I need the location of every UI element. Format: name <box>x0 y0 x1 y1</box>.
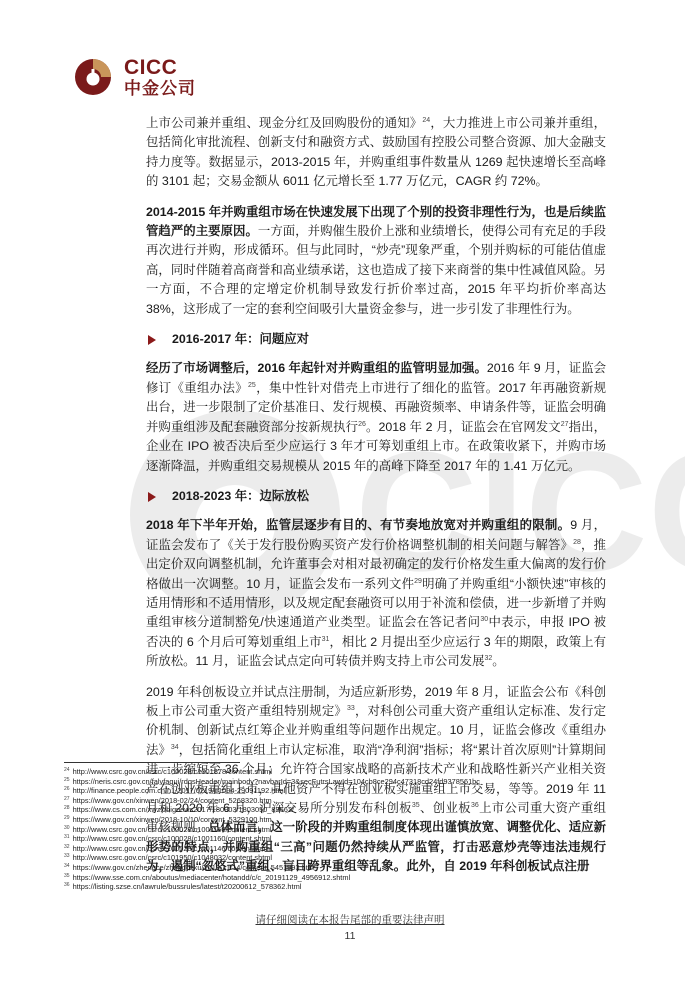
footnote-divider <box>64 762 240 763</box>
page-number: 11 <box>0 930 700 942</box>
footnote-ref[interactable]: 25 <box>248 382 256 389</box>
paragraph-marginal-easing: 2018 年下半年开始，监管层逐步有目的、有节奏地放宽对并购重组的限制。9 月，… <box>146 516 606 671</box>
footnote-item: 26http://finance.people.com.cn/n1/2017/0… <box>64 786 480 796</box>
footnote-ref[interactable]: 28 <box>573 539 581 546</box>
footnote-link[interactable]: https://listing.szse.cn/lawrule/bussrule… <box>73 882 302 891</box>
footnote-ref[interactable]: 33 <box>347 705 355 712</box>
footnote-item: 29https://www.gov.cn/xinwen/2018-10/10/c… <box>64 815 480 825</box>
paragraph-mna-growth: 上市公司兼并重组、现金分红及回购股份的通知》24，大力推进上市公司兼并重组，包括… <box>146 114 606 192</box>
footnote-item: 30http://www.csrc.gov.cn/csrc/c100028/c1… <box>64 825 480 835</box>
footnote-item: 24http://www.csrc.gov.cn/csrc/c100028/c1… <box>64 767 480 777</box>
footnote-link[interactable]: http://www.csrc.gov.cn/csrc/c100028/c100… <box>73 834 272 843</box>
footnote-link[interactable]: https://www.gov.cn/zhengce/zhengceku/201… <box>73 863 314 872</box>
triangle-bullet-icon <box>148 492 156 502</box>
footnote-item: 33http://www.csrc.gov.cn/csrc/c101950/c1… <box>64 853 480 863</box>
footnote-link[interactable]: https://www.gov.cn/xinwen/2018-02/24/con… <box>73 796 272 805</box>
legal-disclaimer-link[interactable]: 请仔细阅读在本报告尾部的重要法律声明 <box>0 912 700 927</box>
paragraph-irrational-behavior: 2014-2015 年并购重组市场在快速发展下出现了个别的投资非理性行为，也是后… <box>146 203 606 319</box>
footnote-link[interactable]: http://www.csrc.gov.cn/csrc/c100028/c100… <box>73 825 272 834</box>
footnote-ref[interactable]: 26 <box>358 421 366 428</box>
footnote-link[interactable]: http://www.csrc.gov.cn/csrc/c100028/c100… <box>73 844 272 853</box>
footnote-link[interactable]: https://www.sse.com.cn/aboutus/mediacent… <box>73 873 351 882</box>
footnote-item: 25https://neris.csrc.gov.cn/falvfagui/rd… <box>64 777 480 787</box>
cicc-logo: CICC 中金公司 <box>74 57 196 97</box>
triangle-bullet-icon <box>148 335 156 345</box>
footnote-item: 28https://www.cs.com.cn/xwzx/bignews2017… <box>64 805 480 815</box>
footnote-item: 35https://www.sse.com.cn/aboutus/mediace… <box>64 873 480 883</box>
footnotes-list: 24http://www.csrc.gov.cn/csrc/c100028/c1… <box>64 767 480 892</box>
logo-text-en: CICC <box>124 57 196 78</box>
footnote-link[interactable]: http://finance.people.com.cn/n1/2017/021… <box>73 786 286 795</box>
footnote-link[interactable]: https://www.gov.cn/xinwen/2018-10/10/con… <box>73 815 272 824</box>
footnote-ref[interactable]: 24 <box>422 117 430 124</box>
footnote-ref[interactable]: 30 <box>480 616 488 623</box>
logo-text-cn: 中金公司 <box>124 80 196 97</box>
footnote-link[interactable]: https://www.cs.com.cn/xwzx/bignews2017/1… <box>73 805 294 814</box>
footnote-item: 36https://listing.szse.cn/lawrule/bussru… <box>64 882 480 892</box>
footnote-ref[interactable]: 29 <box>414 578 422 585</box>
footnote-link[interactable]: http://www.csrc.gov.cn/csrc/c100028/c100… <box>73 767 273 776</box>
section-heading-2016-2017: 2016-2017 年：问题应对 <box>146 330 606 349</box>
footnote-ref[interactable]: 34 <box>171 744 179 751</box>
footnote-item: 34https://www.gov.cn/zhengce/zhengceku/2… <box>64 863 480 873</box>
footnote-item: 27https://www.gov.cn/xinwen/2018-02/24/c… <box>64 796 480 806</box>
paragraph-regulation-tightening: 经历了市场调整后，2016 年起针对并购重组的监管明显加强。2016 年 9 月… <box>146 359 606 475</box>
footnote-item: 31http://www.csrc.gov.cn/csrc/c100028/c1… <box>64 834 480 844</box>
footnote-item: 32http://www.csrc.gov.cn/csrc/c100028/c1… <box>64 844 480 854</box>
section-heading-2018-2023: 2018-2023 年：边际放松 <box>146 487 606 506</box>
footnote-ref[interactable]: 27 <box>561 421 569 428</box>
footnote-link[interactable]: http://www.csrc.gov.cn/csrc/c101950/c104… <box>73 853 273 862</box>
footnote-link[interactable]: https://neris.csrc.gov.cn/falvfagui/rdqs… <box>73 777 480 786</box>
cicc-logo-icon <box>74 58 112 96</box>
